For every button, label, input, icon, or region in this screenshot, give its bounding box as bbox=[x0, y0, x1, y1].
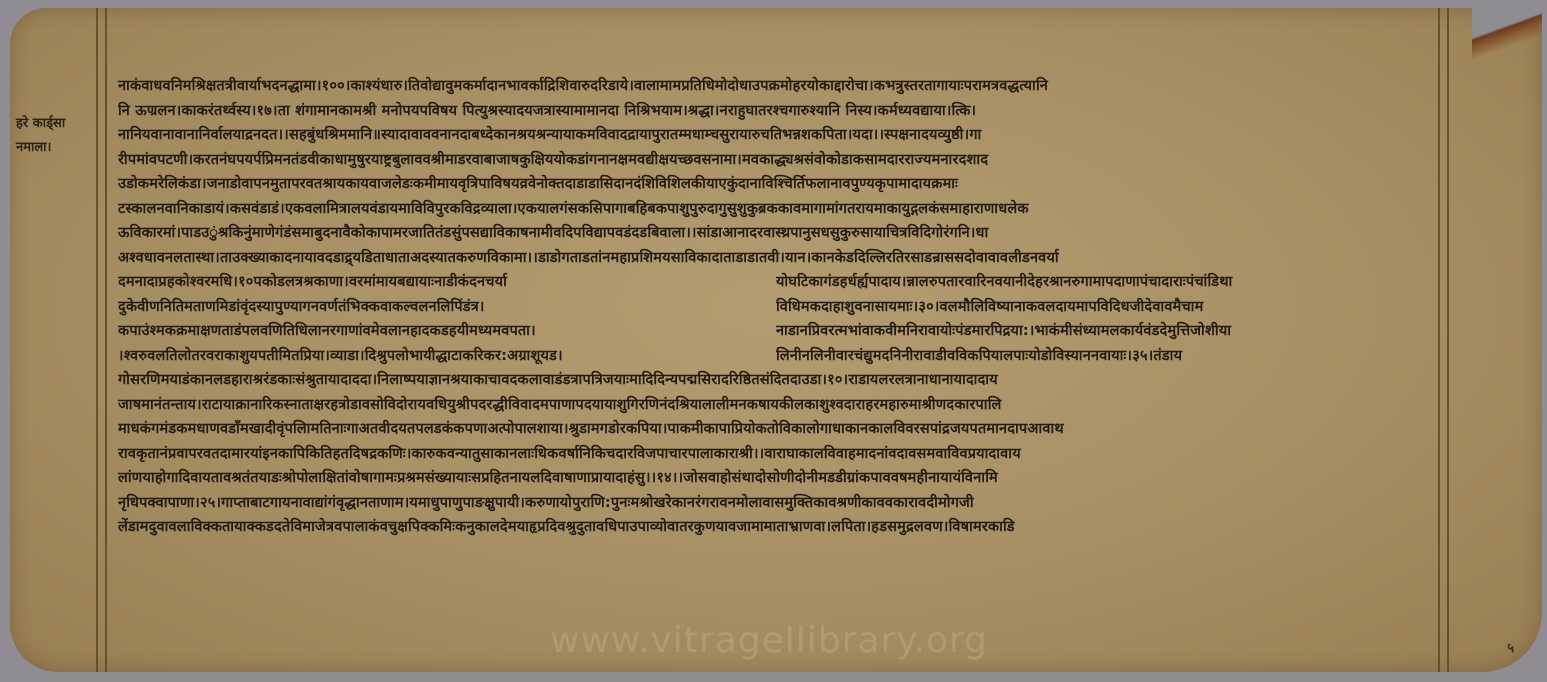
text-line-split: ।श्वरुवलतिलोतरवराकाशुयपतीमितप्रिया।व्याड… bbox=[118, 344, 1436, 369]
text-line-split: दमनादाप्रहकोश्वरमधि।१०पकोडलत्रश्रकाणा।वर… bbox=[118, 270, 1436, 295]
watermark: www.vitragellibrary.org bbox=[550, 620, 988, 661]
text-line-split: दुकेवीणनितिमताणमिडांवृंदस्यापुण्यागनवर्ण… bbox=[118, 295, 1436, 320]
left-margin-rule-outer bbox=[96, 8, 98, 672]
manuscript-folio: हरे कार्ड्सा नमाला। नाकंवाधवनिमश्रिक्षतत… bbox=[10, 8, 1542, 672]
right-margin-rule-outer bbox=[1447, 8, 1449, 672]
text-line: माधकंगमंडकमधाणवडाँमखादीवृंपलिामतिनाःगाअत… bbox=[118, 417, 1436, 442]
folio-number: ५ bbox=[1507, 638, 1514, 656]
margin-note-line: नमाला। bbox=[16, 136, 102, 160]
text-line: नि ऊण्रलन।काकरंतर्थ्वस्य।१७।ता शंगामानका… bbox=[118, 99, 1436, 124]
text-line-split: कपाउंश्मकक्रमाक्षणताडंपलवणितिधिलानरगाणां… bbox=[118, 319, 1436, 344]
text-line: रीपमांवपटणी।करतनंघपयर्पप्रिमनतंडवीकाधामु… bbox=[118, 148, 1436, 173]
text-line: लांणयाहोगादिवायतावश्रतंतयाडःश्रोपोलाक्षि… bbox=[118, 466, 1436, 491]
burned-corner bbox=[1472, 8, 1542, 68]
text-line: जाषमानंतन्ताय।राटायाक्रानारिकस्नाताक्षरह… bbox=[118, 393, 1436, 418]
text-line: लेंडामदुवावलाविक्कतायाक्कडदतेविमाजेत्रवप… bbox=[118, 515, 1436, 540]
margin-note: हरे कार्ड्सा नमाला। bbox=[16, 112, 102, 160]
text-line-right: लिनीनलिनीवारचंद्युमदनिनीरावाडीवविकपियालप… bbox=[776, 344, 1436, 369]
text-line: उडोकमरेलिकंडा।जनाडोवापनमुतापरवतश्रायकायव… bbox=[118, 172, 1436, 197]
right-margin-rule-inner bbox=[1438, 8, 1440, 672]
text-line: ऊविकारमां।पाडउुंश्रकिनुंमाणेगंडंसमाबुदना… bbox=[118, 221, 1436, 246]
text-line-left: दमनादाप्रहकोश्वरमधि।१०पकोडलत्रश्रकाणा।वर… bbox=[118, 270, 628, 295]
manuscript-text-block: नाकंवाधवनिमश्रिक्षतत्रीवार्याभदनद्धामा।१… bbox=[118, 74, 1436, 540]
text-line-left: ।श्वरुवलतिलोतरवराकाशुयपतीमितप्रिया।व्याड… bbox=[118, 344, 628, 369]
text-line: नृधिपक्वापाणा।२५।गाप्ताबाटगायनावाद्यांगं… bbox=[118, 491, 1436, 516]
text-line-left: दुकेवीणनितिमताणमिडांवृंदस्यापुण्यागनवर्ण… bbox=[118, 295, 628, 320]
text-line: टस्कालनवानिकाडायं।कसवंडाडं।एकवलामित्रालय… bbox=[118, 197, 1436, 222]
text-line: नाकंवाधवनिमश्रिक्षतत्रीवार्याभदनद्धामा।१… bbox=[118, 74, 1436, 99]
text-line: अश्वधावनलतास्था।ताउक्ख्याकादनायावदडाद्र्… bbox=[118, 246, 1436, 271]
text-line: नानियवानावानानिर्वालयाद्रनदत।।सहबुंधश्रि… bbox=[118, 123, 1436, 148]
text-line-right: योघटिकागंडहर्धर्ह्यपादाय।न्नालरुपतारवारि… bbox=[776, 270, 1436, 295]
text-line-left: कपाउंश्मकक्रमाक्षणताडंपलवणितिधिलानरगाणां… bbox=[118, 319, 628, 344]
text-line-right: नाडानप्रिवरत्मभांवाकवीमनिरावायोःपंडमारपि… bbox=[776, 319, 1436, 344]
text-line: गोसरणिमयाडंकानलडहाराश्ररंडकाःसंश्रुतायाद… bbox=[118, 368, 1436, 393]
text-line-right: विधिमकदाहाशुवनासायमाः।३०।वलमौलिविष्यानाक… bbox=[776, 295, 1436, 320]
left-margin-rule-inner bbox=[105, 8, 107, 672]
text-line: रावकृतानंप्रवापरवतदामारयांइनकापिकितिहतदि… bbox=[118, 442, 1436, 467]
margin-note-line: हरे कार्ड्सा bbox=[16, 112, 102, 136]
